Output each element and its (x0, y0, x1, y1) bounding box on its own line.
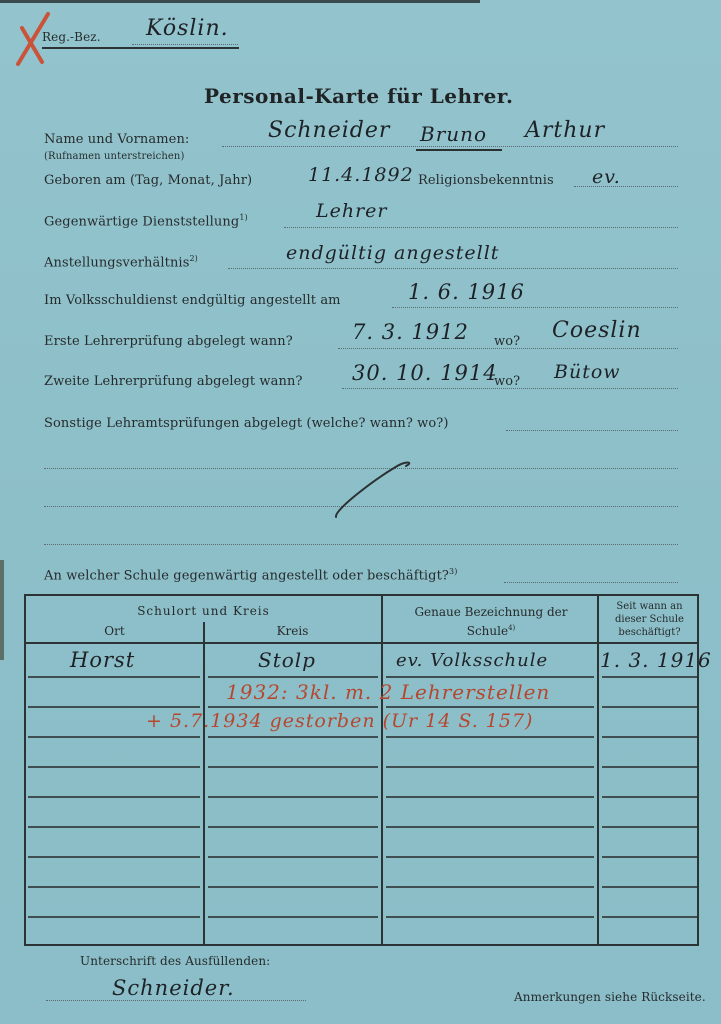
row-rule (386, 826, 594, 828)
row-rule (28, 766, 200, 768)
reg-bez-value[interactable]: Köslin. (146, 16, 229, 41)
row-rule (28, 826, 200, 828)
header-schule: Genaue Bezeichnung der Schule4) (406, 604, 576, 639)
row1-seit[interactable]: 1. 3. 1916 (600, 648, 712, 672)
second-exam-where-label: wo? (494, 374, 520, 389)
first-exam-label: Erste Lehrerprüfung abgelegt wann? (44, 334, 293, 349)
col-divider-schule-seit (597, 596, 599, 944)
row-rule (208, 796, 378, 798)
current-school-label: An welcher Schule gegenwärtig angestellt… (44, 567, 457, 583)
other-exams-label: Sonstige Lehramtsprüfungen abgelegt (wel… (44, 416, 449, 431)
name-given1-value[interactable]: Bruno (420, 122, 487, 146)
row-rule (602, 796, 697, 798)
position-footnote: 1) (239, 213, 247, 222)
second-exam-where-value[interactable]: Bütow (554, 361, 621, 383)
header-seit-wann: Seit wann an dieser Schule beschäftigt? (602, 600, 697, 639)
row-rule (208, 766, 378, 768)
row-rule (386, 886, 594, 888)
row-rule (28, 856, 200, 858)
other-exams-dotted-line-1 (506, 430, 678, 431)
row-rule (602, 766, 697, 768)
row-rule (28, 706, 200, 708)
row-rule (386, 736, 594, 738)
footer-note: Anmerkungen siehe Rückseite. (514, 990, 706, 1004)
row-rule (208, 826, 378, 828)
teacher-personnel-card: Reg.-Bez. Köslin. Personal-Karte für Leh… (0, 0, 721, 1024)
header-schule-footnote: 4) (508, 624, 515, 632)
row1-ort[interactable]: Horst (70, 648, 135, 672)
row-rule (602, 826, 697, 828)
row-rule (386, 796, 594, 798)
blank-strike-mark-icon (334, 460, 444, 520)
col-divider-ort-kreis (203, 622, 205, 944)
religion-dotted-line (574, 186, 678, 187)
first-exam-where-label: wo? (494, 334, 520, 349)
row-rule (386, 766, 594, 768)
header-bottom-rule (26, 642, 697, 644)
row-rule (208, 916, 378, 918)
position-label: Gegenwärtige Dienststellung1) (44, 213, 248, 229)
name-sublabel: (Rufnamen unterstreichen) (44, 151, 184, 162)
signature-value[interactable]: Schneider. (112, 976, 235, 1000)
position-label-text: Gegenwärtige Dienststellung (44, 214, 239, 229)
row-rule (208, 736, 378, 738)
position-value[interactable]: Lehrer (316, 200, 388, 222)
row-rule (208, 886, 378, 888)
employment-footnote: 2) (189, 254, 197, 263)
school-table: Schulort und Kreis Ort Kreis Genaue Beze… (24, 594, 699, 946)
position-dotted-line (284, 227, 678, 228)
employment-label: Anstellungsverhältnis2) (44, 254, 198, 270)
other-exams-dotted-line-4 (44, 544, 678, 545)
header-schule-text: Genaue Bezeichnung der Schule (414, 605, 567, 638)
col-divider-kreis-schule (381, 596, 383, 944)
first-exam-where-value[interactable]: Coeslin (552, 318, 642, 343)
born-label: Geboren am (Tag, Monat, Jahr) (44, 173, 252, 188)
header-kreis: Kreis (204, 624, 381, 638)
row-rule (208, 856, 378, 858)
row-rule (28, 886, 200, 888)
red-note-death[interactable]: + 5.7.1934 gestorben (Ur 14 S. 157) (146, 710, 533, 732)
reg-bez-underline (42, 47, 239, 49)
row-rule (208, 706, 378, 708)
current-school-label-text: An welcher Schule gegenwärtig angestellt… (44, 568, 449, 583)
employment-label-text: Anstellungsverhältnis (44, 255, 189, 270)
second-exam-label: Zweite Lehrerprüfung abgelegt wann? (44, 374, 303, 389)
volksschul-label: Im Volksschuldienst endgültig angestellt… (44, 293, 341, 308)
employment-dotted-line (228, 268, 678, 269)
first-exam-date-value[interactable]: 7. 3. 1912 (352, 320, 469, 344)
page-title: Personal-Karte für Lehrer. (204, 84, 513, 108)
row-rule (208, 676, 378, 678)
row-rule (28, 736, 200, 738)
religion-label: Religionsbekenntnis (418, 173, 554, 188)
row-rule (602, 856, 697, 858)
row-rule (602, 736, 697, 738)
name-dotted-line (222, 146, 678, 147)
employment-value[interactable]: endgültig angestellt (286, 242, 499, 264)
signature-label: Unterschrift des Ausfüllenden: (80, 954, 270, 968)
name-surname-value[interactable]: Schneider (268, 118, 390, 143)
row-rule (386, 856, 594, 858)
current-school-dotted-line (504, 582, 678, 583)
name-given2-value[interactable]: Arthur (525, 118, 605, 143)
volksschul-value[interactable]: 1. 6. 1916 (408, 280, 525, 304)
red-note-1932[interactable]: 1932: 3kl. m. 2 Lehrerstellen (226, 680, 550, 704)
header-schulort-und-kreis: Schulort und Kreis (26, 604, 381, 618)
reg-bez-label: Reg.-Bez. (42, 30, 101, 44)
name-label: Name und Vornamen: (44, 132, 189, 147)
signature-dotted-line (46, 1000, 306, 1001)
born-value[interactable]: 11.4.1892 (308, 164, 414, 186)
row-rule (28, 676, 200, 678)
row-rule (386, 676, 594, 678)
row-rule (602, 886, 697, 888)
row-rule (28, 916, 200, 918)
second-exam-date-value[interactable]: 30. 10. 1914 (352, 361, 498, 385)
row-rule (28, 796, 200, 798)
row-rule (386, 916, 594, 918)
volksschul-dotted-line (392, 307, 678, 308)
rufname-underline (416, 149, 502, 151)
row-rule (386, 706, 594, 708)
header-ort: Ort (26, 624, 203, 638)
row1-kreis[interactable]: Stolp (258, 648, 316, 672)
row-rule (602, 676, 697, 678)
row-rule (602, 706, 697, 708)
row1-schule[interactable]: ev. Volksschule (396, 650, 548, 671)
current-school-footnote: 3) (449, 567, 457, 576)
card-left-edge (0, 560, 4, 660)
card-top-edge (0, 0, 480, 3)
reg-bez-dotted-line (132, 44, 238, 45)
religion-value[interactable]: ev. (592, 166, 621, 188)
row-rule (602, 916, 697, 918)
